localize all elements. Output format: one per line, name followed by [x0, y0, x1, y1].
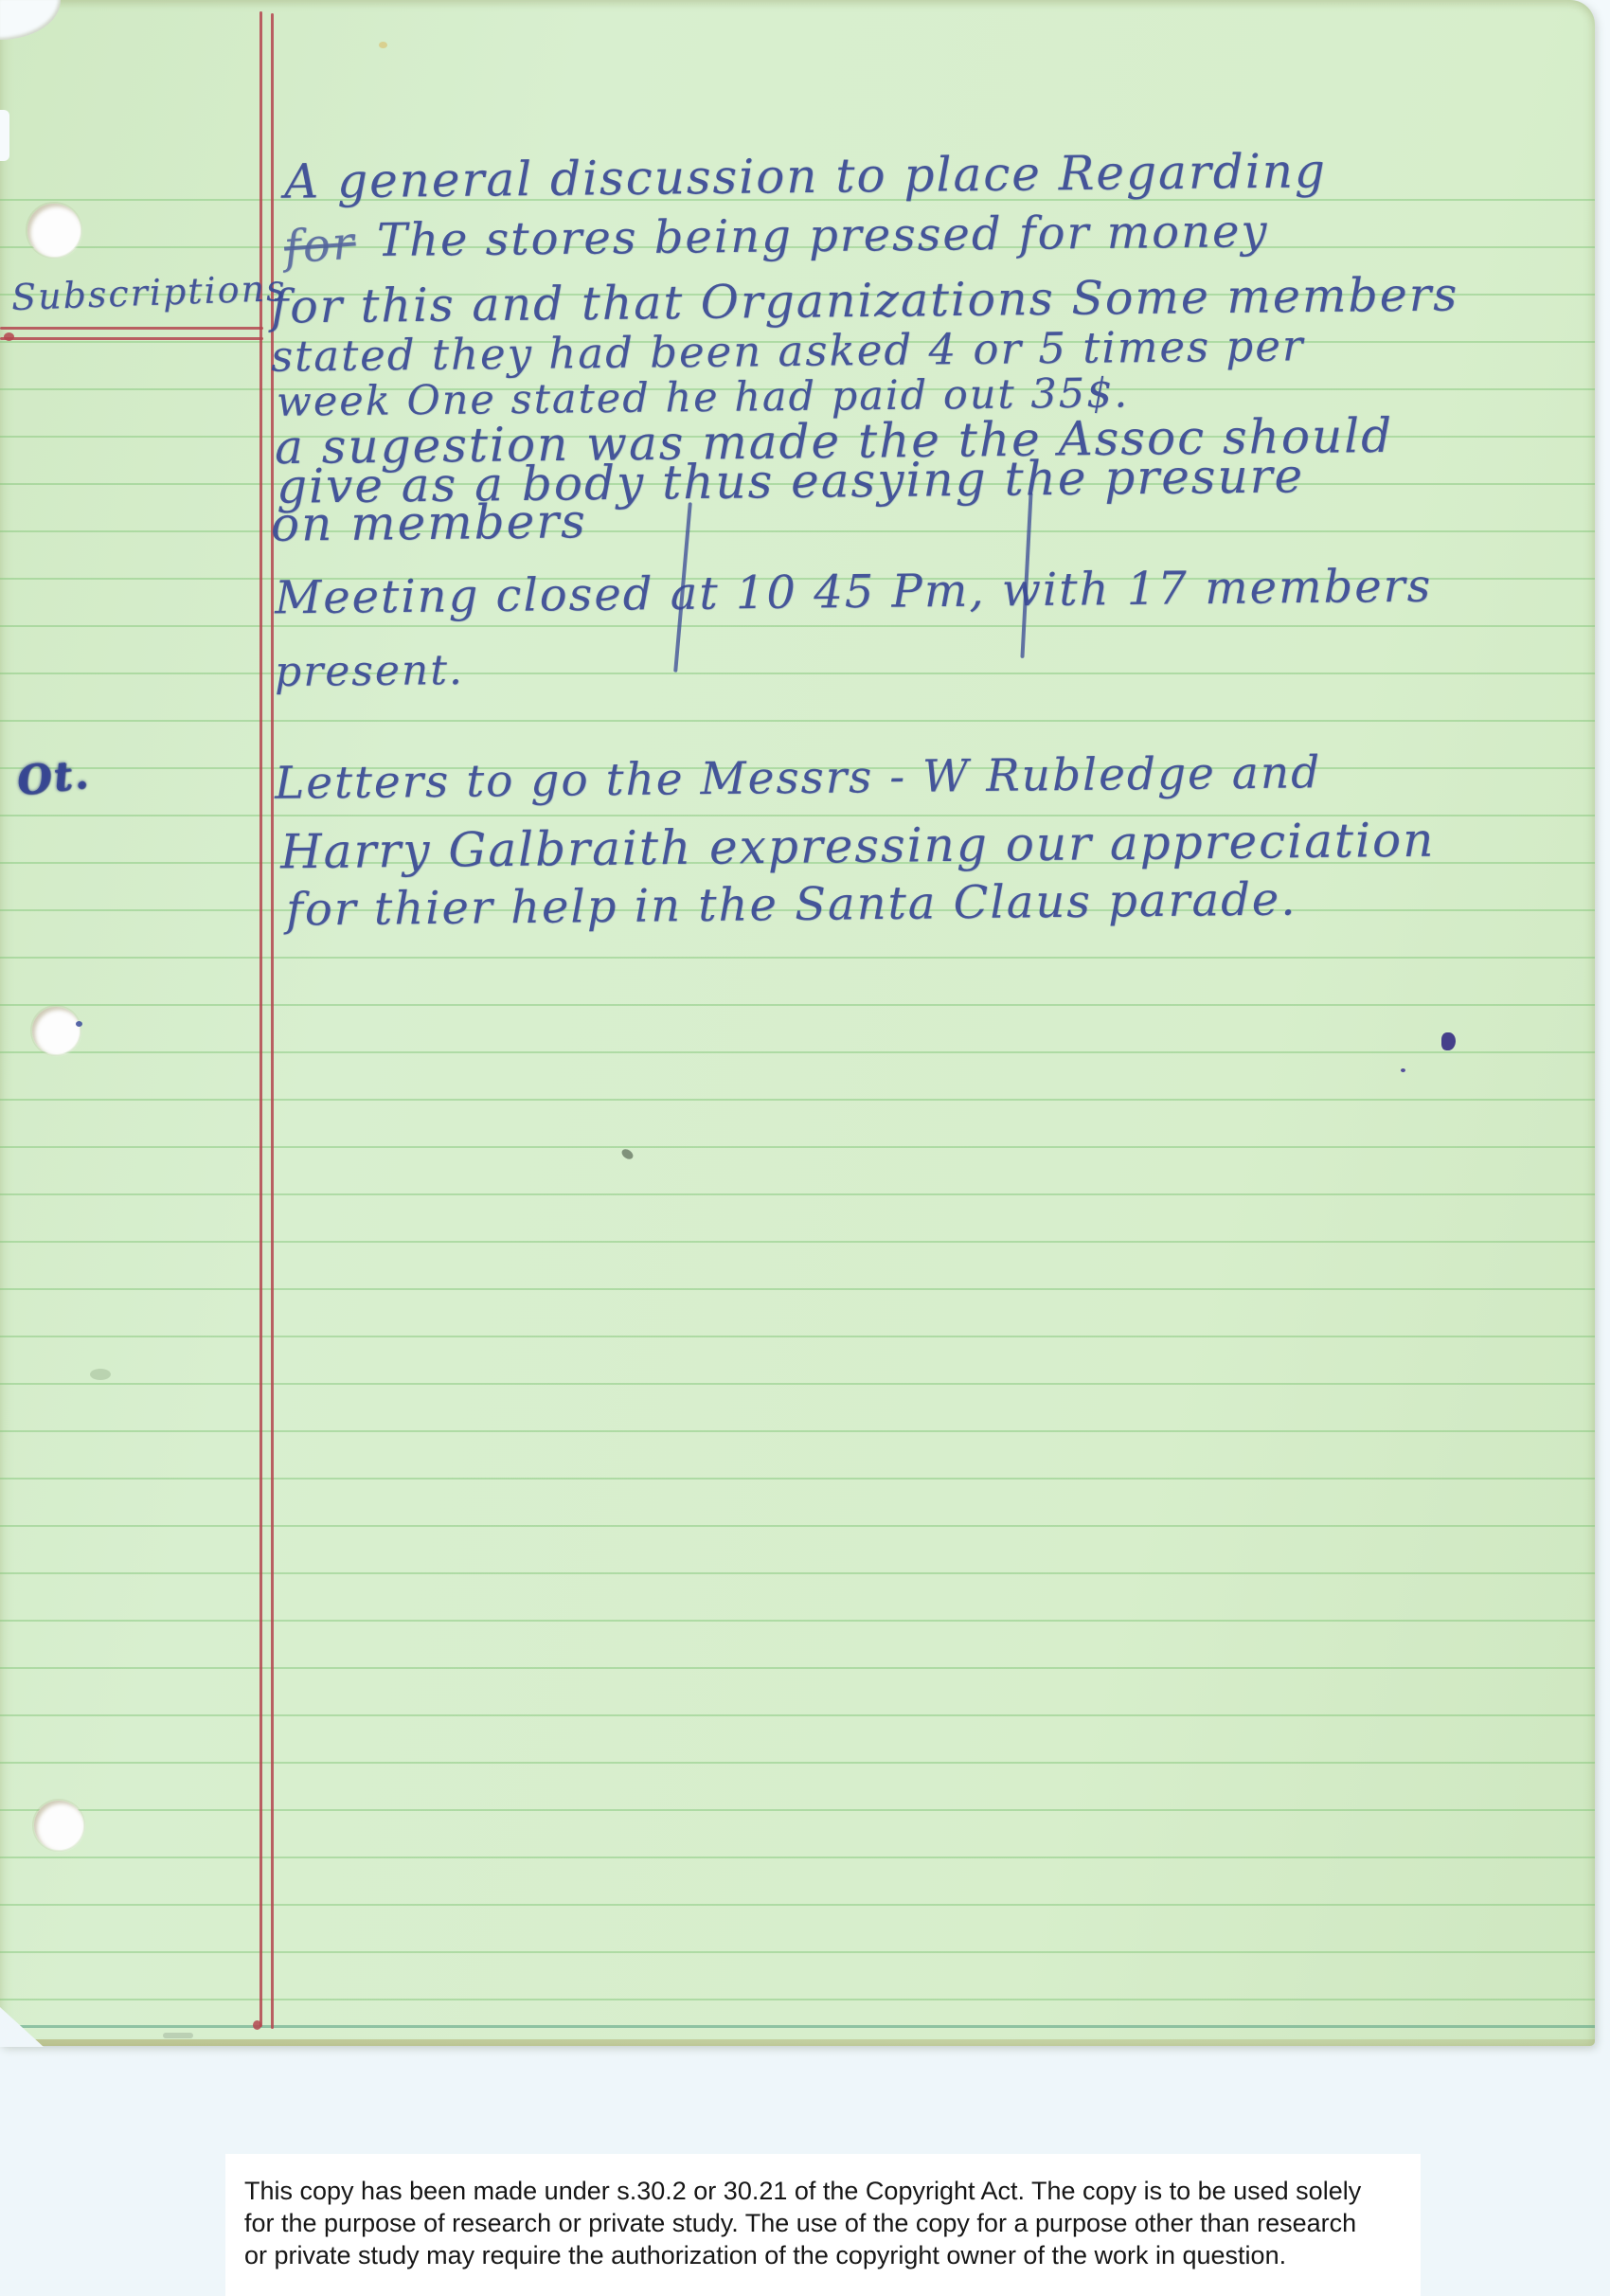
- ink-blot-satellite: [1401, 1068, 1405, 1072]
- hole-punch-middle: [32, 1007, 80, 1054]
- hole-punch-bottom: [34, 1801, 83, 1850]
- handwriting-line-8: on members: [271, 494, 587, 552]
- faint-pencil-smudge: [163, 2033, 193, 2038]
- red-underline-horizontal-2: [0, 337, 263, 340]
- handwriting-line-10: present.: [275, 647, 464, 697]
- copyright-line-2: for the purpose of research or private s…: [244, 2207, 1419, 2239]
- red-ink-dot-line-end: [253, 2020, 261, 2030]
- handwriting-line-13: for thier help in the Santa Claus parade…: [286, 873, 1297, 936]
- ruled-line-bottom-dark: [0, 2025, 1595, 2028]
- hole-punch-top: [27, 204, 80, 257]
- left-edge-white-sliver: [0, 110, 9, 161]
- scanned-page: Subscriptions Ot. A general discussion t…: [0, 0, 1610, 2296]
- handwriting-line-4: stated they had been asked 4 or 5 times …: [271, 321, 1305, 381]
- blue-dot-near-hole: [76, 1021, 82, 1027]
- handwriting-line-1: A general discussion to place Regarding: [284, 144, 1327, 209]
- red-underline-horizontal-1: [0, 327, 263, 330]
- handwriting-line-2: The stores being pressed for money: [377, 206, 1269, 267]
- copyright-line-3: or private study may require the authori…: [244, 2239, 1419, 2271]
- copyright-line-1: This copy has been made under s.30.2 or …: [244, 2175, 1419, 2207]
- red-ink-dot-left: [4, 332, 14, 341]
- margin-note-scribble: Ot.: [15, 751, 92, 804]
- handwriting-line-11: Letters to go the Messrs - W Rubledge an…: [275, 747, 1322, 810]
- yellow-paper-fleck: [379, 42, 387, 48]
- red-margin-line-vertical-1: [259, 11, 262, 2027]
- handwriting-struck-word: for: [282, 217, 357, 274]
- faint-green-smudge: [90, 1369, 111, 1380]
- copyright-notice-box: This copy has been made under s.30.2 or …: [225, 2154, 1421, 2296]
